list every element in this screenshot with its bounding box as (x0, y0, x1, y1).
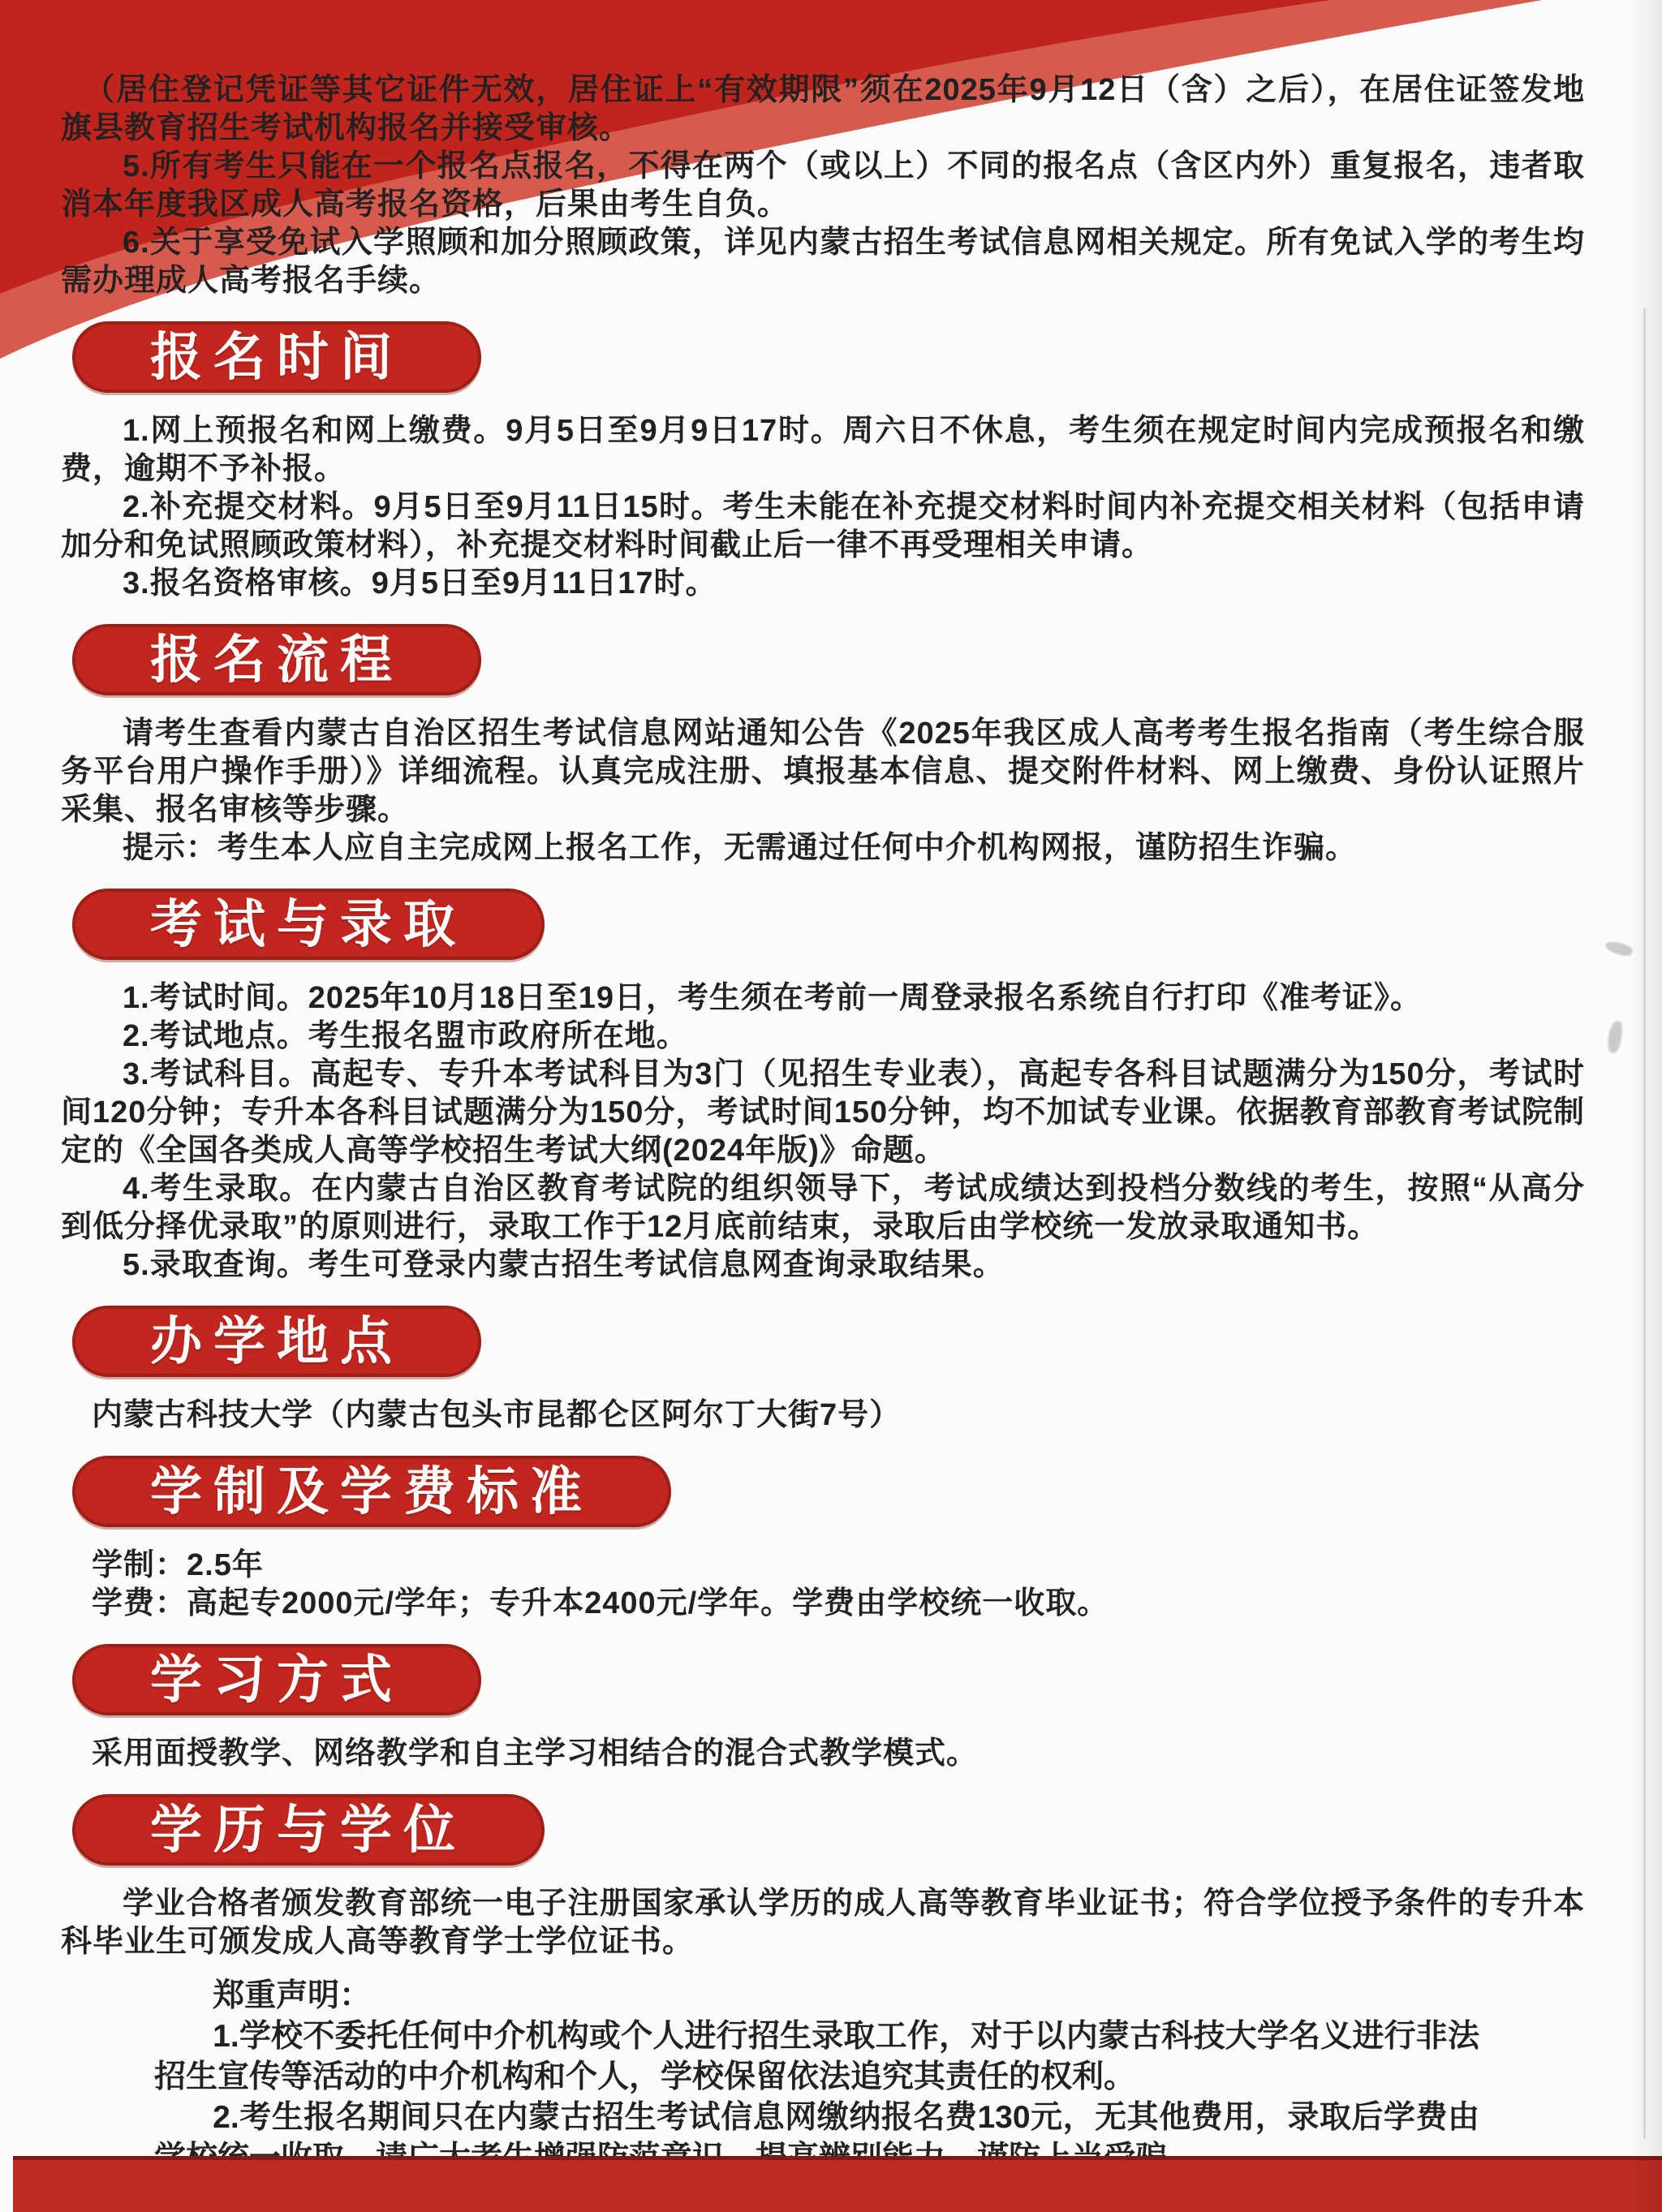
section-registration-process: 请考生查看内蒙古自治区招生考试信息网站通知公告《2025年我区成人高考考生报名指… (61, 715, 1585, 867)
section-pill-diploma-degree: 学历与学位 (72, 1794, 545, 1866)
section-paragraph: 3.报名资格审核。9月5日至9月11日17时。 (61, 565, 1585, 603)
section-pill-registration-time: 报名时间 (72, 321, 481, 393)
section-paragraph: 采用面授教学、网络教学和自主学习相结合的混合式教学模式。 (61, 1735, 1585, 1773)
section-school-location: 内蒙古科技大学（内蒙古包头市昆都仑区阿尔丁大街7号） (61, 1396, 1585, 1435)
section-pill-school-location: 办学地点 (72, 1306, 481, 1377)
section-diploma-degree: 学业合格者颁发教育部统一电子注册国家承认学历的成人高等教育毕业证书；符合学位授予… (61, 1885, 1585, 1961)
intro-paragraph: 5.所有考生只能在一个报名点报名，不得在两个（或以上）不同的报名点（含区内外）重… (61, 148, 1585, 224)
section-paragraph: 5.录取查询。考生可登录内蒙古招生考试信息网查询录取结果。 (61, 1246, 1585, 1285)
section-paragraph: 1.网上预报名和网上缴费。9月5日至9月9日17时。周六日不休息，考生须在规定时… (61, 412, 1585, 488)
page-content: （居住登记凭证等其它证件无效，居住证上“有效期限”须在2025年9月12日（含）… (0, 0, 1662, 2179)
page-edge-line (1643, 308, 1646, 2139)
section-title: 办学地点 (150, 1309, 403, 1374)
section-paragraph: 请考生查看内蒙古自治区招生考试信息网站通知公告《2025年我区成人高考考生报名指… (61, 715, 1585, 829)
section-title: 考试与录取 (150, 892, 467, 957)
section-paragraph: 4.考生录取。在内蒙古自治区教育考试院的组织领导下，考试成绩达到投档分数线的考生… (61, 1170, 1585, 1246)
duration-line: 学制：2.5年 (61, 1547, 1585, 1585)
section-exam-admission: 1.考试时间。2025年10月18日至19日，考生须在考前一周登录报名系统自行打… (61, 979, 1585, 1285)
section-registration-time: 1.网上预报名和网上缴费。9月5日至9月9日17时。周六日不休息，考生须在规定时… (61, 412, 1585, 603)
intro-paragraph: （居住登记凭证等其它证件无效，居住证上“有效期限”须在2025年9月12日（含）… (61, 71, 1585, 148)
declaration-heading: 郑重声明： (154, 1976, 1479, 2016)
section-learning-method: 采用面授教学、网络教学和自主学习相结合的混合式教学模式。 (61, 1735, 1585, 1773)
section-title: 报名流程 (150, 627, 403, 692)
intro-paragraph: 6.关于享受免试入学照顾和加分照顾政策，详见内蒙古招生考试信息网相关规定。所有免… (61, 224, 1585, 300)
section-pill-exam-admission: 考试与录取 (72, 889, 545, 960)
intro-section: （居住登记凭证等其它证件无效，居住证上“有效期限”须在2025年9月12日（含）… (61, 0, 1585, 300)
tuition-line: 学费：高起专2000元/学年；专升本2400元/学年。学费由学校统一收取。 (61, 1585, 1585, 1623)
declaration-item: 1.学校不委托任何中介机构或个人进行招生录取工作，对于以内蒙古科技大学名义进行非… (154, 2016, 1479, 2098)
section-paragraph: 提示：考生本人应自主完成网上报名工作，无需通过任何中介机构网报，谨防招生诈骗。 (61, 829, 1585, 867)
section-paragraph: 3.考试科目。高起专、专升本考试科目为3门（见招生专业表），高起专各科目试题满分… (61, 1056, 1585, 1170)
school-address: 内蒙古科技大学（内蒙古包头市昆都仑区阿尔丁大街7号） (61, 1396, 1585, 1435)
scanned-flyer-page: （居住登记凭证等其它证件无效，居住证上“有效期限”须在2025年9月12日（含）… (0, 0, 1662, 2212)
section-title: 学历与学位 (150, 1797, 467, 1862)
section-paragraph: 1.考试时间。2025年10月18日至19日，考生须在考前一周登录报名系统自行打… (61, 979, 1585, 1018)
section-paragraph: 2.补充提交材料。9月5日至9月11日15时。考生未能在补充提交材料时间内补充提… (61, 488, 1585, 565)
section-paragraph: 2.考试地点。考生报名盟市政府所在地。 (61, 1018, 1585, 1056)
section-pill-learning-method: 学习方式 (72, 1644, 481, 1715)
section-title: 学制及学费标准 (150, 1459, 593, 1524)
section-paragraph: 学业合格者颁发教育部统一电子注册国家承认学历的成人高等教育毕业证书；符合学位授予… (61, 1885, 1585, 1961)
declaration-section: 郑重声明： 1.学校不委托任何中介机构或个人进行招生录取工作，对于以内蒙古科技大… (61, 1976, 1585, 2179)
section-title: 报名时间 (150, 325, 403, 389)
section-pill-duration-tuition: 学制及学费标准 (72, 1456, 671, 1527)
section-pill-registration-process: 报名流程 (72, 624, 481, 695)
section-title: 学习方式 (150, 1647, 403, 1712)
footer-red-bar (13, 2156, 1662, 2212)
section-duration-tuition: 学制：2.5年 学费：高起专2000元/学年；专升本2400元/学年。学费由学校… (61, 1547, 1585, 1623)
